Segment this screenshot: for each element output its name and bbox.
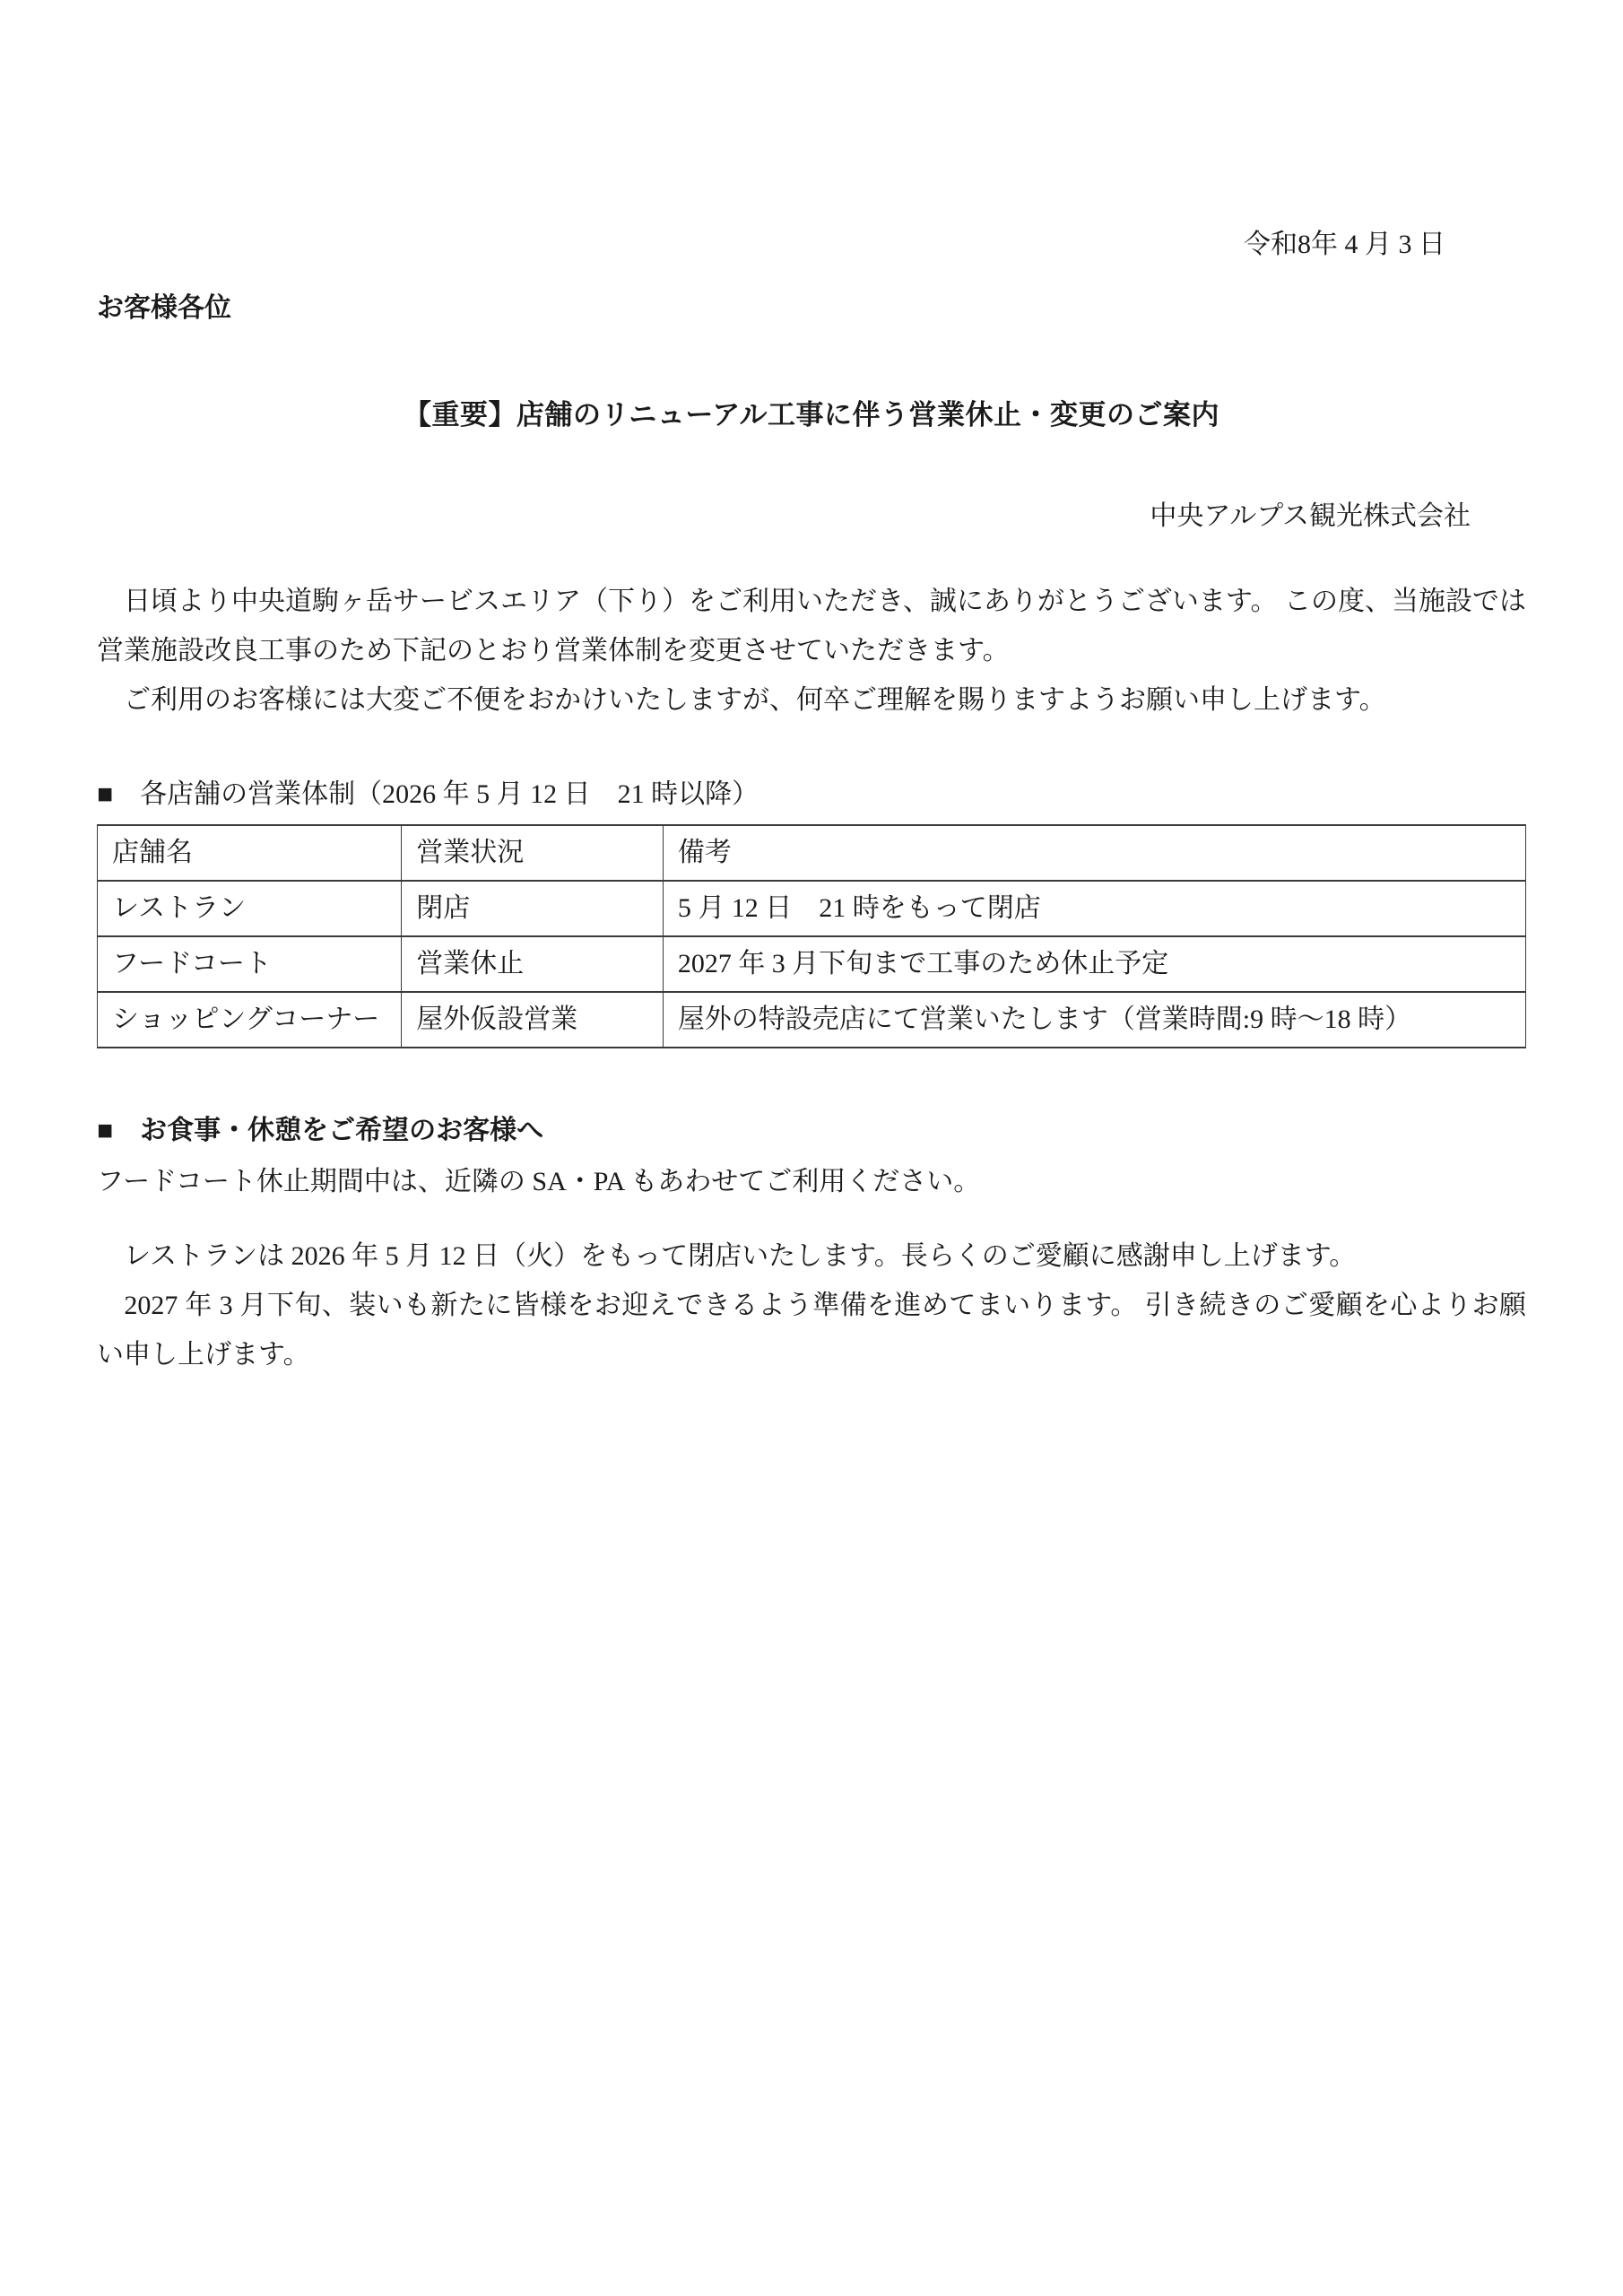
table-header-row: 店舗名 営業状況 備考: [98, 825, 1526, 881]
recipient-line: お客様各位: [97, 283, 1526, 333]
company-name: 中央アルプス観光株式会社: [97, 491, 1526, 541]
table-row: ショッピングコーナー 屋外仮設営業 屋外の特設売店にて営業いたします（営業時間:…: [98, 992, 1526, 1048]
intro-paragraph-1: 日頃より中央道駒ヶ岳サービスエリア（下り）をご利用いただき、誠にありがとうござい…: [97, 577, 1526, 675]
section1-heading: ■ 各店舗の営業体制（2026 年 5 月 12 日 21 時以降）: [97, 770, 1526, 819]
cell-store-name: レストラン: [98, 881, 402, 936]
document-date: 令和8年 4 月 3 日: [97, 0, 1526, 269]
cell-status: 営業休止: [402, 936, 664, 992]
store-status-table: 店舗名 営業状況 備考 レストラン 閉店 5 月 12 日 21 時をもって閉店…: [97, 824, 1526, 1048]
cell-store-name: フードコート: [98, 936, 402, 992]
table-row: レストラン 閉店 5 月 12 日 21 時をもって閉店: [98, 881, 1526, 936]
cell-remarks: 2027 年 3 月下旬まで工事のため休止予定: [663, 936, 1525, 992]
closing-paragraph-2: 2027 年 3 月下旬、装いも新たに皆様をお迎えできるよう準備を進めてまいりま…: [97, 1281, 1526, 1379]
section2-body: フードコート休止期間中は、近隣の SA・PA もあわせてご利用ください。: [97, 1157, 1526, 1206]
closing-paragraph-1: レストランは 2026 年 5 月 12 日（火）をもって閉店いたします。長らく…: [97, 1231, 1526, 1281]
closing-section: レストランは 2026 年 5 月 12 日（火）をもって閉店いたします。長らく…: [97, 1231, 1526, 1379]
header-cell-status: 営業状況: [402, 825, 664, 881]
document-page: 令和8年 4 月 3 日 お客様各位 【重要】店舗のリニューアル工事に伴う営業休…: [0, 0, 1623, 2296]
intro-paragraph-2: ご利用のお客様には大変ご不便をおかけいたしますが、何卒ご理解を賜りますようお願い…: [97, 675, 1526, 725]
cell-remarks: 屋外の特設売店にて営業いたします（営業時間:9 時～18 時）: [663, 992, 1525, 1048]
cell-status: 屋外仮設営業: [402, 992, 664, 1048]
table-row: フードコート 営業休止 2027 年 3 月下旬まで工事のため休止予定: [98, 936, 1526, 992]
cell-store-name: ショッピングコーナー: [98, 992, 402, 1048]
document-title: 【重要】店舗のリニューアル工事に伴う営業休止・変更のご案内: [97, 390, 1526, 439]
header-cell-remarks: 備考: [663, 825, 1525, 881]
cell-status: 閉店: [402, 881, 664, 936]
section2-heading: ■ お食事・休憩をご希望のお客様へ: [97, 1106, 1526, 1155]
intro-section: 日頃より中央道駒ヶ岳サービスエリア（下り）をご利用いただき、誠にありがとうござい…: [97, 577, 1526, 725]
cell-remarks: 5 月 12 日 21 時をもって閉店: [663, 881, 1525, 936]
header-cell-store-name: 店舗名: [98, 825, 402, 881]
